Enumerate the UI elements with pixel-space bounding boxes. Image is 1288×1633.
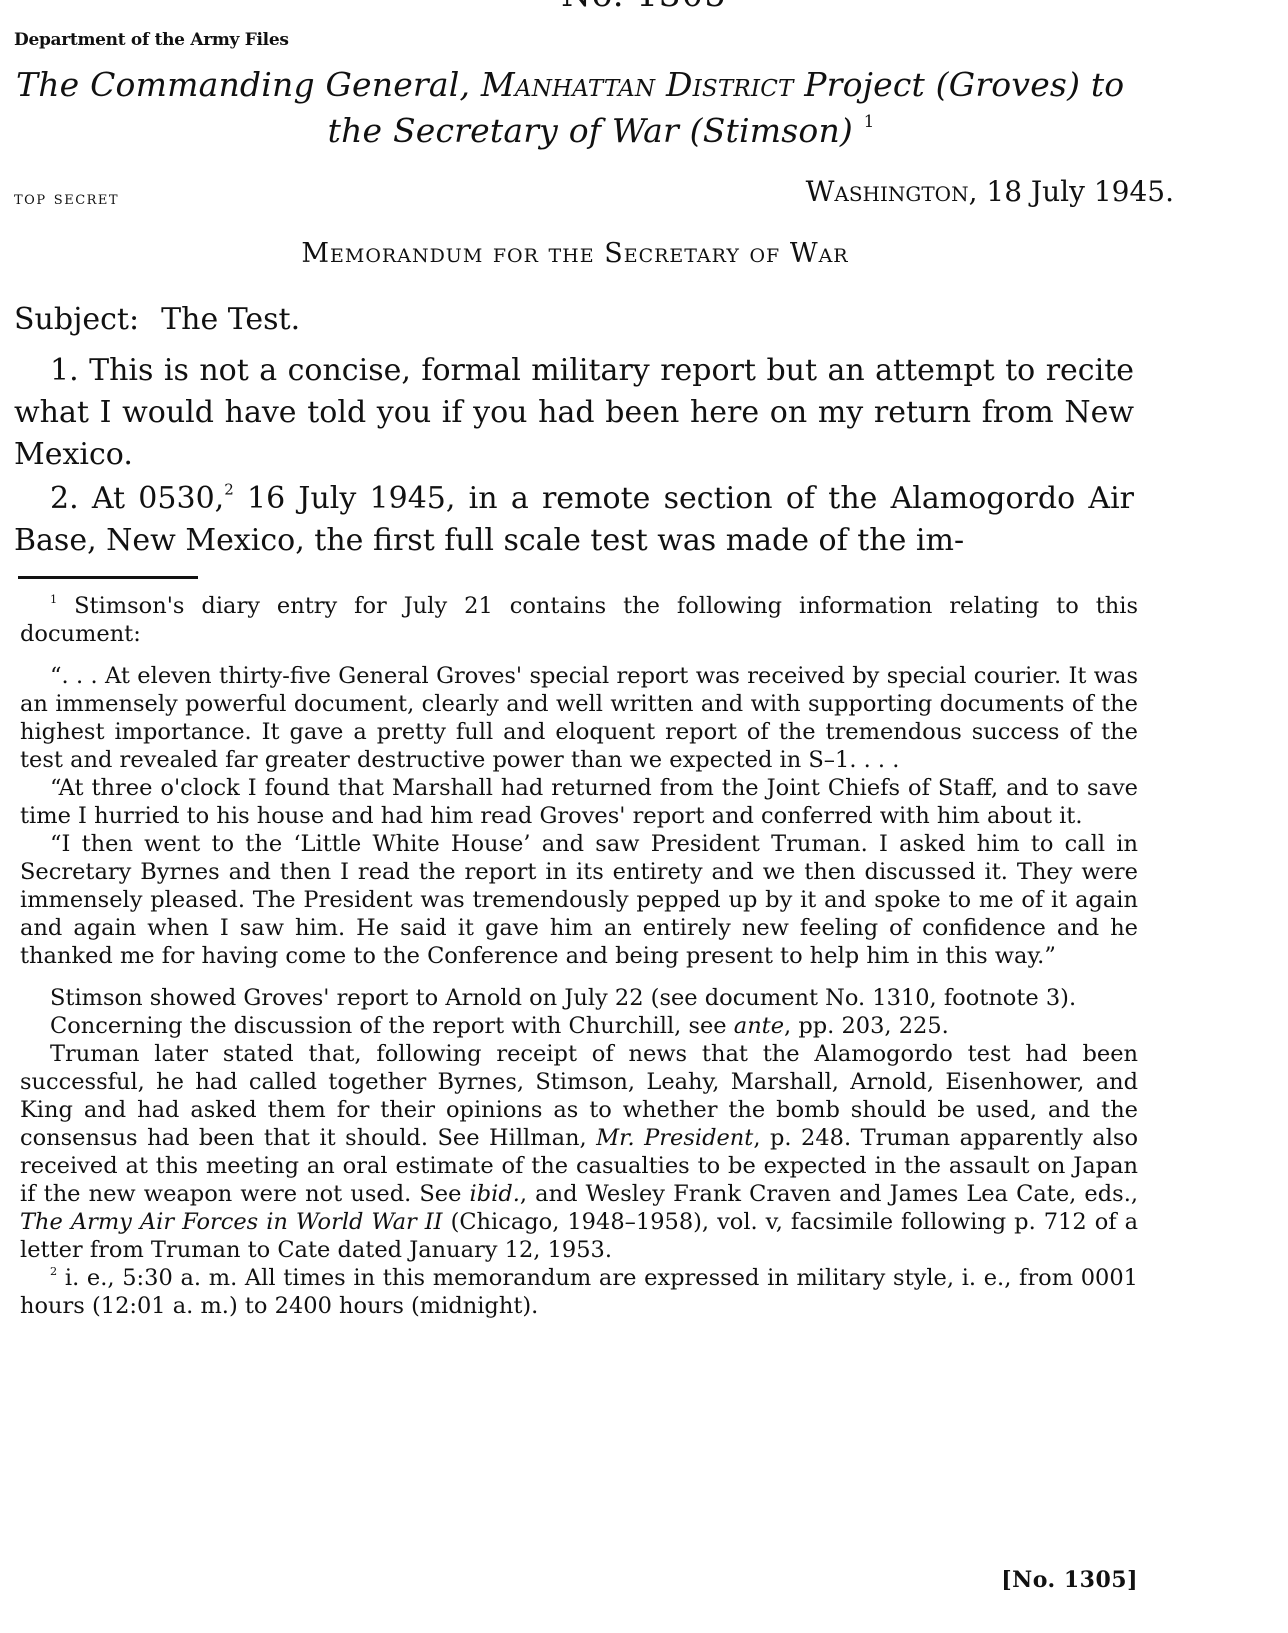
dateline-date: , 18 July 1945.	[969, 175, 1174, 208]
footnote-1-note-churchill: Concerning the discussion of the report …	[20, 1012, 1138, 1040]
subject-line: Subject:The Test.	[14, 302, 300, 337]
paragraph-2: 2. At 0530,2 16 July 1945, in a remote s…	[14, 478, 1134, 562]
footnote-text: , pp. 203, 225.	[784, 1013, 949, 1039]
dateline: Washington, 18 July 1945.	[806, 175, 1174, 208]
footnote-reference-1: 1	[864, 112, 875, 131]
footnote-text: i. e., 5:30 a. m. All times in this memo…	[20, 1265, 1138, 1319]
footnote-reference-2: 2	[224, 481, 234, 499]
document-number-header: No. 1305	[0, 0, 1288, 12]
footnote-1-intro: 1 Stimson's diary entry for July 21 cont…	[20, 592, 1138, 648]
dateline-place: Washington	[806, 175, 969, 208]
footnote-italic: The Army Air Forces in World War II	[20, 1209, 443, 1235]
memo-heading: Memorandum for the Secretary of War	[0, 238, 1150, 269]
document-title: The Commanding General, Manhattan Distri…	[16, 62, 1176, 154]
footnote-2: 2 i. e., 5:30 a. m. All times in this me…	[20, 1264, 1138, 1320]
footnote-1-note-truman: Truman later stated that, following rece…	[20, 1040, 1138, 1264]
title-smallcaps-district: District	[666, 65, 794, 104]
document-number-footer: [No. 1305]	[1001, 1567, 1138, 1593]
title-smallcaps-manhattan: Manhattan	[481, 65, 655, 104]
title-text: the Secretary of War (Stimson)	[328, 111, 864, 150]
footnote-1-quote-2: “At three o'clock I found that Marshall …	[20, 774, 1138, 830]
subject-label: Subject:	[14, 302, 139, 337]
title-space	[655, 65, 666, 104]
title-text: Project (Groves) to	[794, 65, 1125, 104]
footnote-italic: Mr. President	[596, 1125, 753, 1151]
paragraph-text: 2. At 0530,	[50, 481, 224, 516]
paragraph-1: 1. This is not a concise, formal militar…	[14, 350, 1134, 476]
footnote-italic: ibid.	[470, 1181, 520, 1207]
title-line-2: the Secretary of War (Stimson) 1	[16, 108, 1176, 154]
footnote-1-quote-1: “. . . At eleven thirty-five General Gro…	[20, 662, 1138, 774]
footnote-italic: ante	[734, 1013, 784, 1039]
footnotes-section: 1 Stimson's diary entry for July 21 cont…	[20, 578, 1138, 1320]
title-text: The Commanding General,	[16, 65, 481, 104]
footnote-1-note-arnold: Stimson showed Groves' report to Arnold …	[20, 984, 1138, 1012]
footnote-text: Concerning the discussion of the report …	[50, 1013, 734, 1039]
source-line: Department of the Army Files	[14, 30, 289, 50]
footnote-text: Stimson's diary entry for July 21 contai…	[20, 593, 1138, 647]
document-page: No. 1305 Department of the Army Files Th…	[0, 0, 1288, 1633]
footnote-text: , and Wesley Frank Craven and James Lea …	[520, 1181, 1138, 1207]
classification-label: TOP SECRET	[14, 188, 119, 209]
title-line-1: The Commanding General, Manhattan Distri…	[16, 62, 1176, 108]
subject-value: The Test.	[161, 302, 300, 337]
footnote-1-quote-3: “I then went to the ‘Little White House’…	[20, 830, 1138, 970]
memo-body: 1. This is not a concise, formal militar…	[14, 350, 1134, 562]
